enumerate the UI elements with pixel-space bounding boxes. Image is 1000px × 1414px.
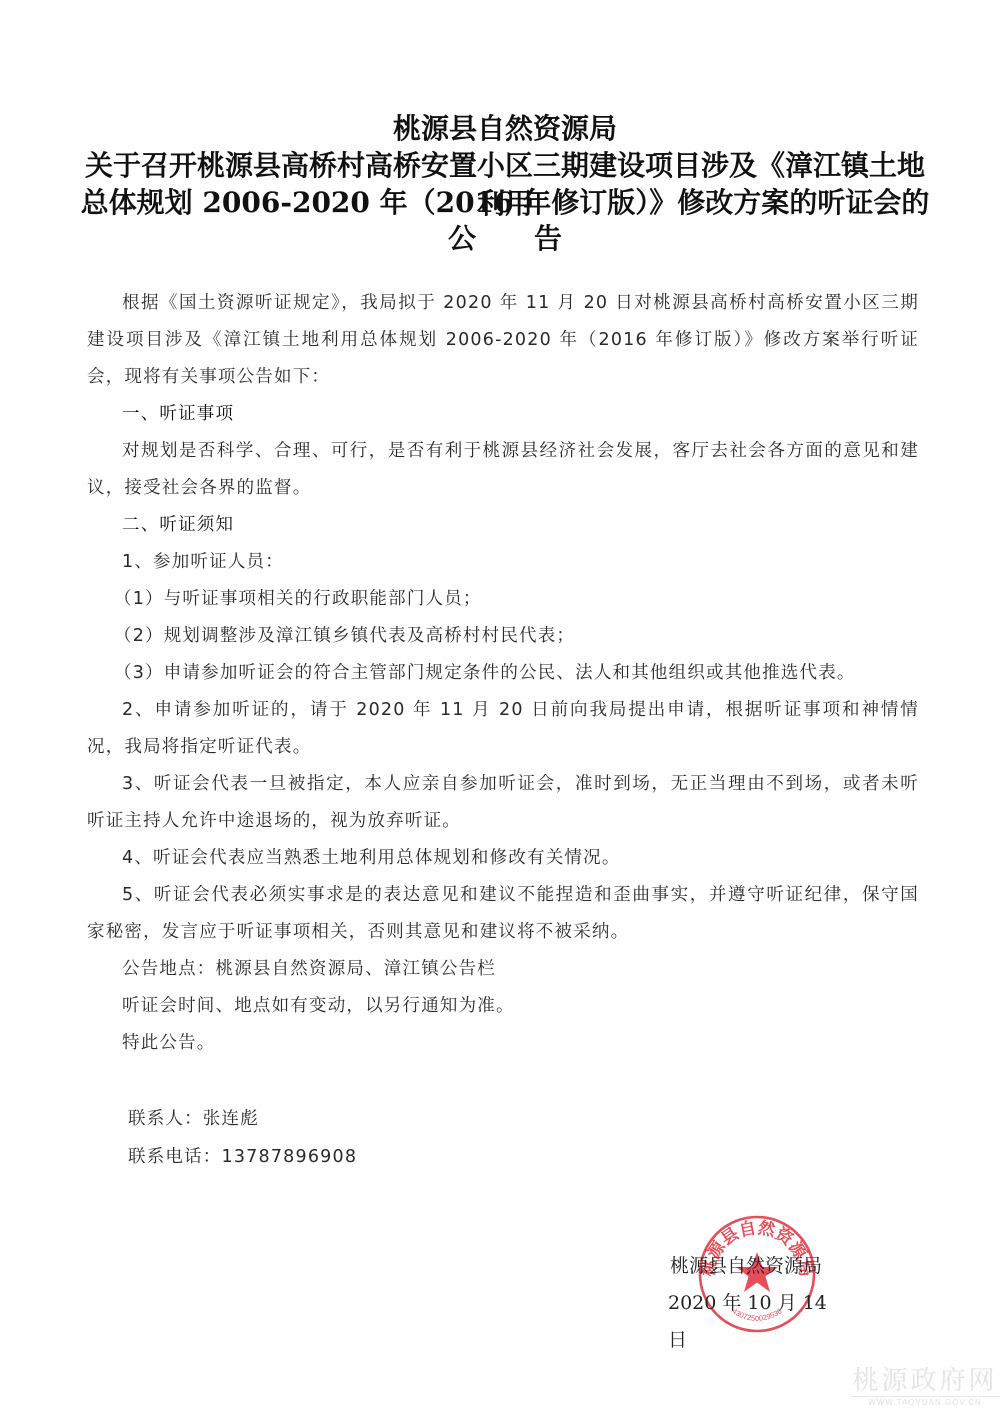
contact-phone: 联系电话：13787896908 <box>128 1139 357 1176</box>
application-item: 2、申请参加听证的，请于 2020 年 11 月 20 日前向我局提出申请，根据… <box>87 692 919 766</box>
section-2-heading: 二、听证须知 <box>87 507 919 544</box>
section-1-heading: 一、听证事项 <box>87 396 919 433</box>
notice-location: 公告地点：桃源县自然资源局、漳江镇公告栏 <box>87 951 919 988</box>
site-watermark: 桃源政府网 WWW.TAOYUAN.GOV.CN <box>850 1366 1000 1408</box>
signature-date: 2020 年 10 月 14 日 <box>668 1285 848 1359</box>
section-1-text: 对规划是否科学、合理、可行，是否有利于桃源县经济社会发展，客厅去社会各方面的意见… <box>87 433 919 507</box>
subject-line-2: 总体规划 2006-2020 年（2016 年修订版）》修改方案的听证会的 <box>80 184 930 222</box>
closing-text: 特此公告。 <box>87 1025 919 1062</box>
intro-paragraph: 根据《国土资源听证规定》，我局拟于 2020 年 11 月 20 日对桃源县高桥… <box>87 285 919 396</box>
attendance-item: 3、听证会代表一旦被指定，本人应亲自参加听证会，准时到场，无正当理由不到场，或者… <box>87 766 919 840</box>
participant-sub-item-3: （3）申请参加听证会的符合主管部门规定条件的公民、法人和其他组织或其他推选代表。 <box>87 655 919 692</box>
participant-sub-item-2: （2）规划调整涉及漳江镇乡镇代表及高桥村村民代表； <box>87 618 919 655</box>
participants-item: 1、参加听证人员： <box>87 544 919 581</box>
contact-person: 联系人：张连彪 <box>128 1101 259 1138</box>
watermark-title: 桃源政府网 <box>850 1366 1000 1396</box>
signature-org: 桃源县自然资源局 <box>670 1248 850 1285</box>
document-page: 桃源县自然资源局 关于召开桃源县高桥村高桥安置小区三期建设项目涉及《漳江镇土地利… <box>0 0 1000 1414</box>
watermark-url: WWW.TAOYUAN.GOV.CN <box>850 1396 1000 1408</box>
conduct-item: 5、听证会代表必须实事求是的表达意见和建议不能捏造和歪曲事实，并遵守听证纪律，保… <box>87 877 919 951</box>
issuer-title: 桃源县自然资源局 <box>80 110 930 148</box>
participant-sub-item-1: （1）与听证事项相关的行政职能部门人员； <box>87 581 919 618</box>
familiarity-item: 4、听证会代表应当熟悉土地利用总体规划和修改有关情况。 <box>87 840 919 877</box>
doc-type-heading: 公告 <box>80 220 930 258</box>
change-note: 听证会时间、地点如有变动，以另行通知为准。 <box>87 988 919 1025</box>
document-body: 根据《国土资源听证规定》，我局拟于 2020 年 11 月 20 日对桃源县高桥… <box>87 285 919 1062</box>
